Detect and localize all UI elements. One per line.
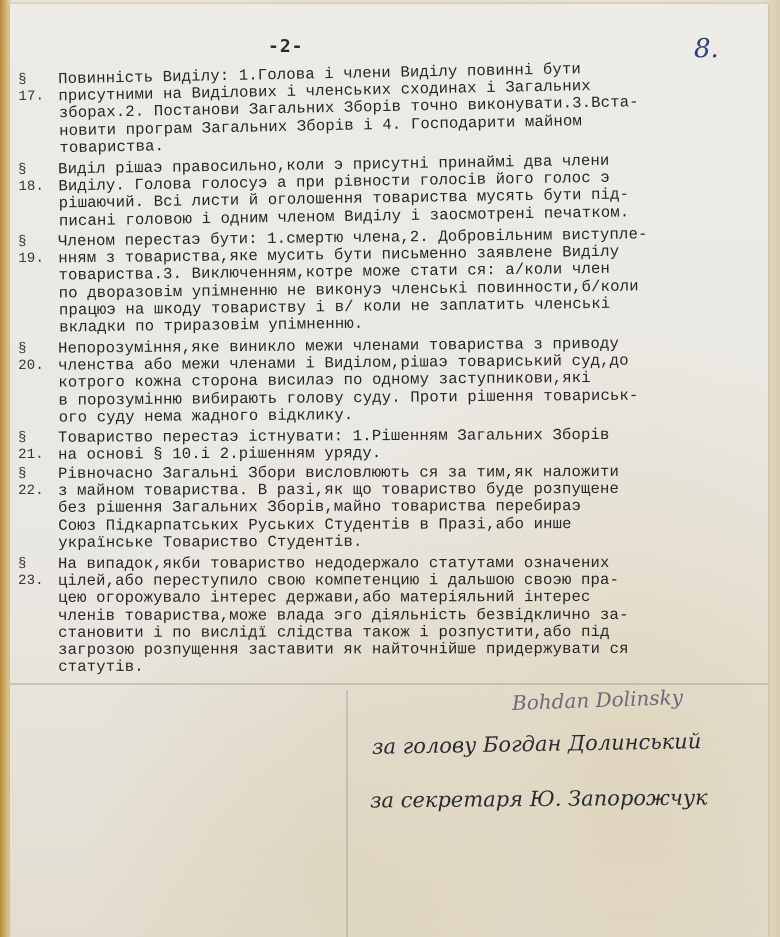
paragraph-23: § 23. На випадок,якби товариство недодер… [18, 555, 768, 677]
fold-line-horizontal [10, 683, 768, 685]
text-line: ого суду нема жадного відклику. [59, 403, 769, 426]
section-mark: § 20. [18, 341, 58, 376]
paragraph-22: § 22. Рівночасно Загальні Збори висловлю… [18, 464, 768, 553]
section-mark: § 21. [18, 430, 58, 465]
text-line: статутів. [58, 658, 768, 676]
section-mark: § 18. [18, 161, 59, 196]
text-line: українське Товариство Студентів. [58, 533, 768, 553]
section-mark: § 23. [18, 556, 58, 590]
section-mark: § 22. [18, 466, 58, 501]
text-line: загрозою розпущення заставити як найточн… [58, 641, 768, 659]
text-line: цею огорожувало інтерес держави,або мате… [58, 590, 768, 608]
section-mark: § 19. [18, 233, 58, 268]
page-number: -2- [268, 36, 304, 57]
section-mark: § 17. [18, 71, 59, 106]
signature-secretary: за секретаря Ю. Запорожчук [370, 786, 708, 813]
paragraph-19: § 19. Членом перестаэ бути: 1.смертю чле… [18, 225, 769, 337]
fold-line-vertical [346, 690, 348, 937]
paragraph-18: § 18. Виділ рішаэ правосильно,коли э при… [18, 150, 769, 231]
paragraph-21: § 21. Товариство перестаэ істнувати: 1.Р… [18, 426, 768, 464]
statute-text: § 17. Повинність Виділу: 1.Голова і член… [18, 72, 768, 678]
paragraph-20: § 20. Непорозуміння,яке виникло межи чле… [18, 335, 769, 428]
paragraph-17: § 17. Повинність Виділу: 1.Голова і член… [18, 58, 770, 158]
text-line: на основі § 10.і 2.рішенням уряду. [58, 443, 768, 464]
